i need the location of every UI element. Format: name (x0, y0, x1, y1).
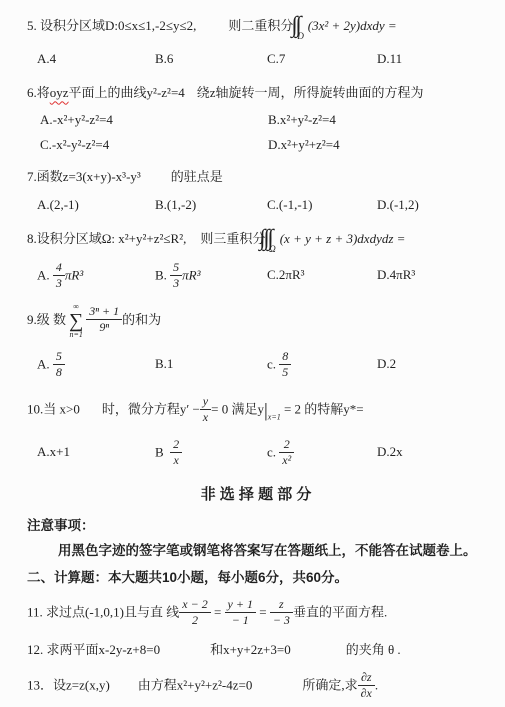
option-b: B.6 (155, 51, 267, 67)
section-title: 非 选 择 题 部 分 (27, 486, 485, 505)
option-a: A. 43πR³ (37, 260, 155, 291)
fraction: yx (200, 394, 211, 425)
question-13: 13．设z=z(x,y)由方程x²+y²+z²-4z=0所确定,求∂z∂x. (27, 670, 485, 701)
option-d: D.11 (377, 51, 485, 67)
question-8-stem: 8.设积分区域Ω: x²+y²+z²≤R²,则三重积分∫∫∫Ω(x + y + … (27, 226, 485, 254)
question-9: 9.级 数∞∑n=13ⁿ + 19ⁿ的和为 A. 58 B.1 c. 85 D.… (27, 303, 485, 380)
triple-integral-symbol: ∫∫∫Ω (267, 226, 277, 254)
fraction: 53 (170, 260, 182, 291)
summation-symbol: ∞∑n=1 (69, 303, 83, 339)
option-a: A.-x²+y²-z²=4 (40, 112, 268, 128)
fraction: 2x² (279, 437, 294, 468)
partial-derivative-fraction: ∂z∂x (358, 670, 375, 701)
option-c: C.(-1,-1) (267, 197, 377, 213)
option-a: A.4 (37, 51, 155, 67)
question-12: 12. 求两平面x-2y-z+8=0和x+y+2z+3=0的夹角 θ . (27, 642, 485, 658)
question-6: 6.将oyz平面上的曲线y²-z²=4绕z轴旋转一周，所得旋转曲面的方程为 A.… (27, 85, 485, 153)
question-6-stem: 6.将oyz平面上的曲线y²-z²=4绕z轴旋转一周，所得旋转曲面的方程为 (27, 85, 485, 101)
question-5-stem: 5. 设积分区域D:0≤x≤1,-2≤y≤2,则二重积分∫∫D(3x² + 2y… (27, 13, 485, 41)
question-8: 8.设积分区域Ω: x²+y²+z²≤R²,则三重积分∫∫∫Ω(x + y + … (27, 226, 485, 291)
fraction: 85 (279, 349, 291, 380)
question-11: 11. 求过点(-1,0,1)且与直 线x − 22 = y + 1− 1 = … (27, 597, 485, 628)
option-a: A.x+1 (37, 444, 155, 460)
evaluation-condition: x=1 (268, 412, 281, 421)
option-d: D.(-1,2) (377, 197, 485, 213)
option-d: D.4πR³ (377, 267, 485, 283)
question-10-stem: 10.当 x>0时，微分方程y′ −yx= 0 满足y|x=1 = 2 的特解y… (27, 394, 485, 425)
question-9-stem: 9.级 数∞∑n=13ⁿ + 19ⁿ的和为 (27, 303, 485, 339)
option-b: B.x²+y²-z²=4 (268, 112, 485, 128)
fraction: y + 1− 1 (225, 597, 256, 628)
question-5-lead: 则二重积分 (228, 18, 293, 33)
question-10-options: A.x+1 B 2x c. 2x² D.2x (27, 437, 485, 468)
notice-label: 注意事项： (27, 518, 485, 535)
option-b: B.1 (155, 356, 267, 372)
question-5: 5. 设积分区域D:0≤x≤1,-2≤y≤2,则二重积分∫∫D(3x² + 2y… (27, 13, 485, 67)
question-7: 7.函数z=3(x+y)-x³-y³的驻点是 A.(2,-1) B.(1,-2)… (27, 169, 485, 214)
option-d: D.x²+y²+z²=4 (268, 137, 485, 153)
option-c: C.7 (267, 51, 377, 67)
exam-page: 5. 设积分区域D:0≤x≤1,-2≤y≤2,则二重积分∫∫D(3x² + 2y… (0, 0, 505, 707)
question-10: 10.当 x>0时，微分方程y′ −yx= 0 满足y|x=1 = 2 的特解y… (27, 394, 485, 468)
question-5-region: 5. 设积分区域D:0≤x≤1,-2≤y≤2, (27, 18, 196, 33)
option-b: B. 53πR³ (155, 260, 267, 291)
option-c: C.2πR³ (267, 267, 377, 283)
question-8-options: A. 43πR³ B. 53πR³ C.2πR³ D.4πR³ (27, 260, 485, 291)
question-7-stem: 7.函数z=3(x+y)-x³-y³的驻点是 (27, 169, 485, 185)
option-c: C.-x²-y²-z²=4 (40, 137, 268, 153)
question-8-integrand: (x + y + z + 3)dxdydz = (280, 230, 406, 245)
question-7-options: A.(2,-1) B.(1,-2) C.(-1,-1) D.(-1,2) (27, 197, 485, 213)
question-5-options: A.4 B.6 C.7 D.11 (27, 51, 485, 67)
option-b: B.(1,-2) (155, 197, 267, 213)
option-d: D.2 (377, 356, 485, 372)
fraction: 58 (53, 349, 65, 380)
notice-text: 用黑色字迹的签字笔或钢笔将答案写在答题纸上，不能答在试题卷上。 (27, 543, 485, 560)
option-d: D.2x (377, 444, 485, 460)
question-5-integrand: (3x² + 2y)dxdy = (308, 18, 397, 33)
option-c: c. 2x² (267, 437, 377, 468)
fraction: z− 3 (270, 597, 293, 628)
misspelled-word: oyz (50, 85, 69, 100)
fraction: 2x (170, 437, 182, 468)
option-a: A. 58 (37, 349, 155, 380)
double-integral-symbol: ∫∫D (295, 13, 305, 41)
part-two-header: 二、计算题：本大题共10小题，每小题6分，共60分。 (27, 570, 485, 587)
option-b: B 2x (155, 437, 267, 468)
fraction: x − 22 (179, 597, 210, 628)
option-c: c. 85 (267, 349, 377, 380)
fraction: 43 (53, 260, 65, 291)
option-a: A.(2,-1) (37, 197, 155, 213)
question-9-options: A. 58 B.1 c. 85 D.2 (27, 349, 485, 380)
series-term-fraction: 3ⁿ + 19ⁿ (86, 304, 122, 335)
question-6-options: A.-x²+y²-z²=4 B.x²+y²-z²=4 C.-x²-y²-z²=4… (27, 112, 485, 154)
